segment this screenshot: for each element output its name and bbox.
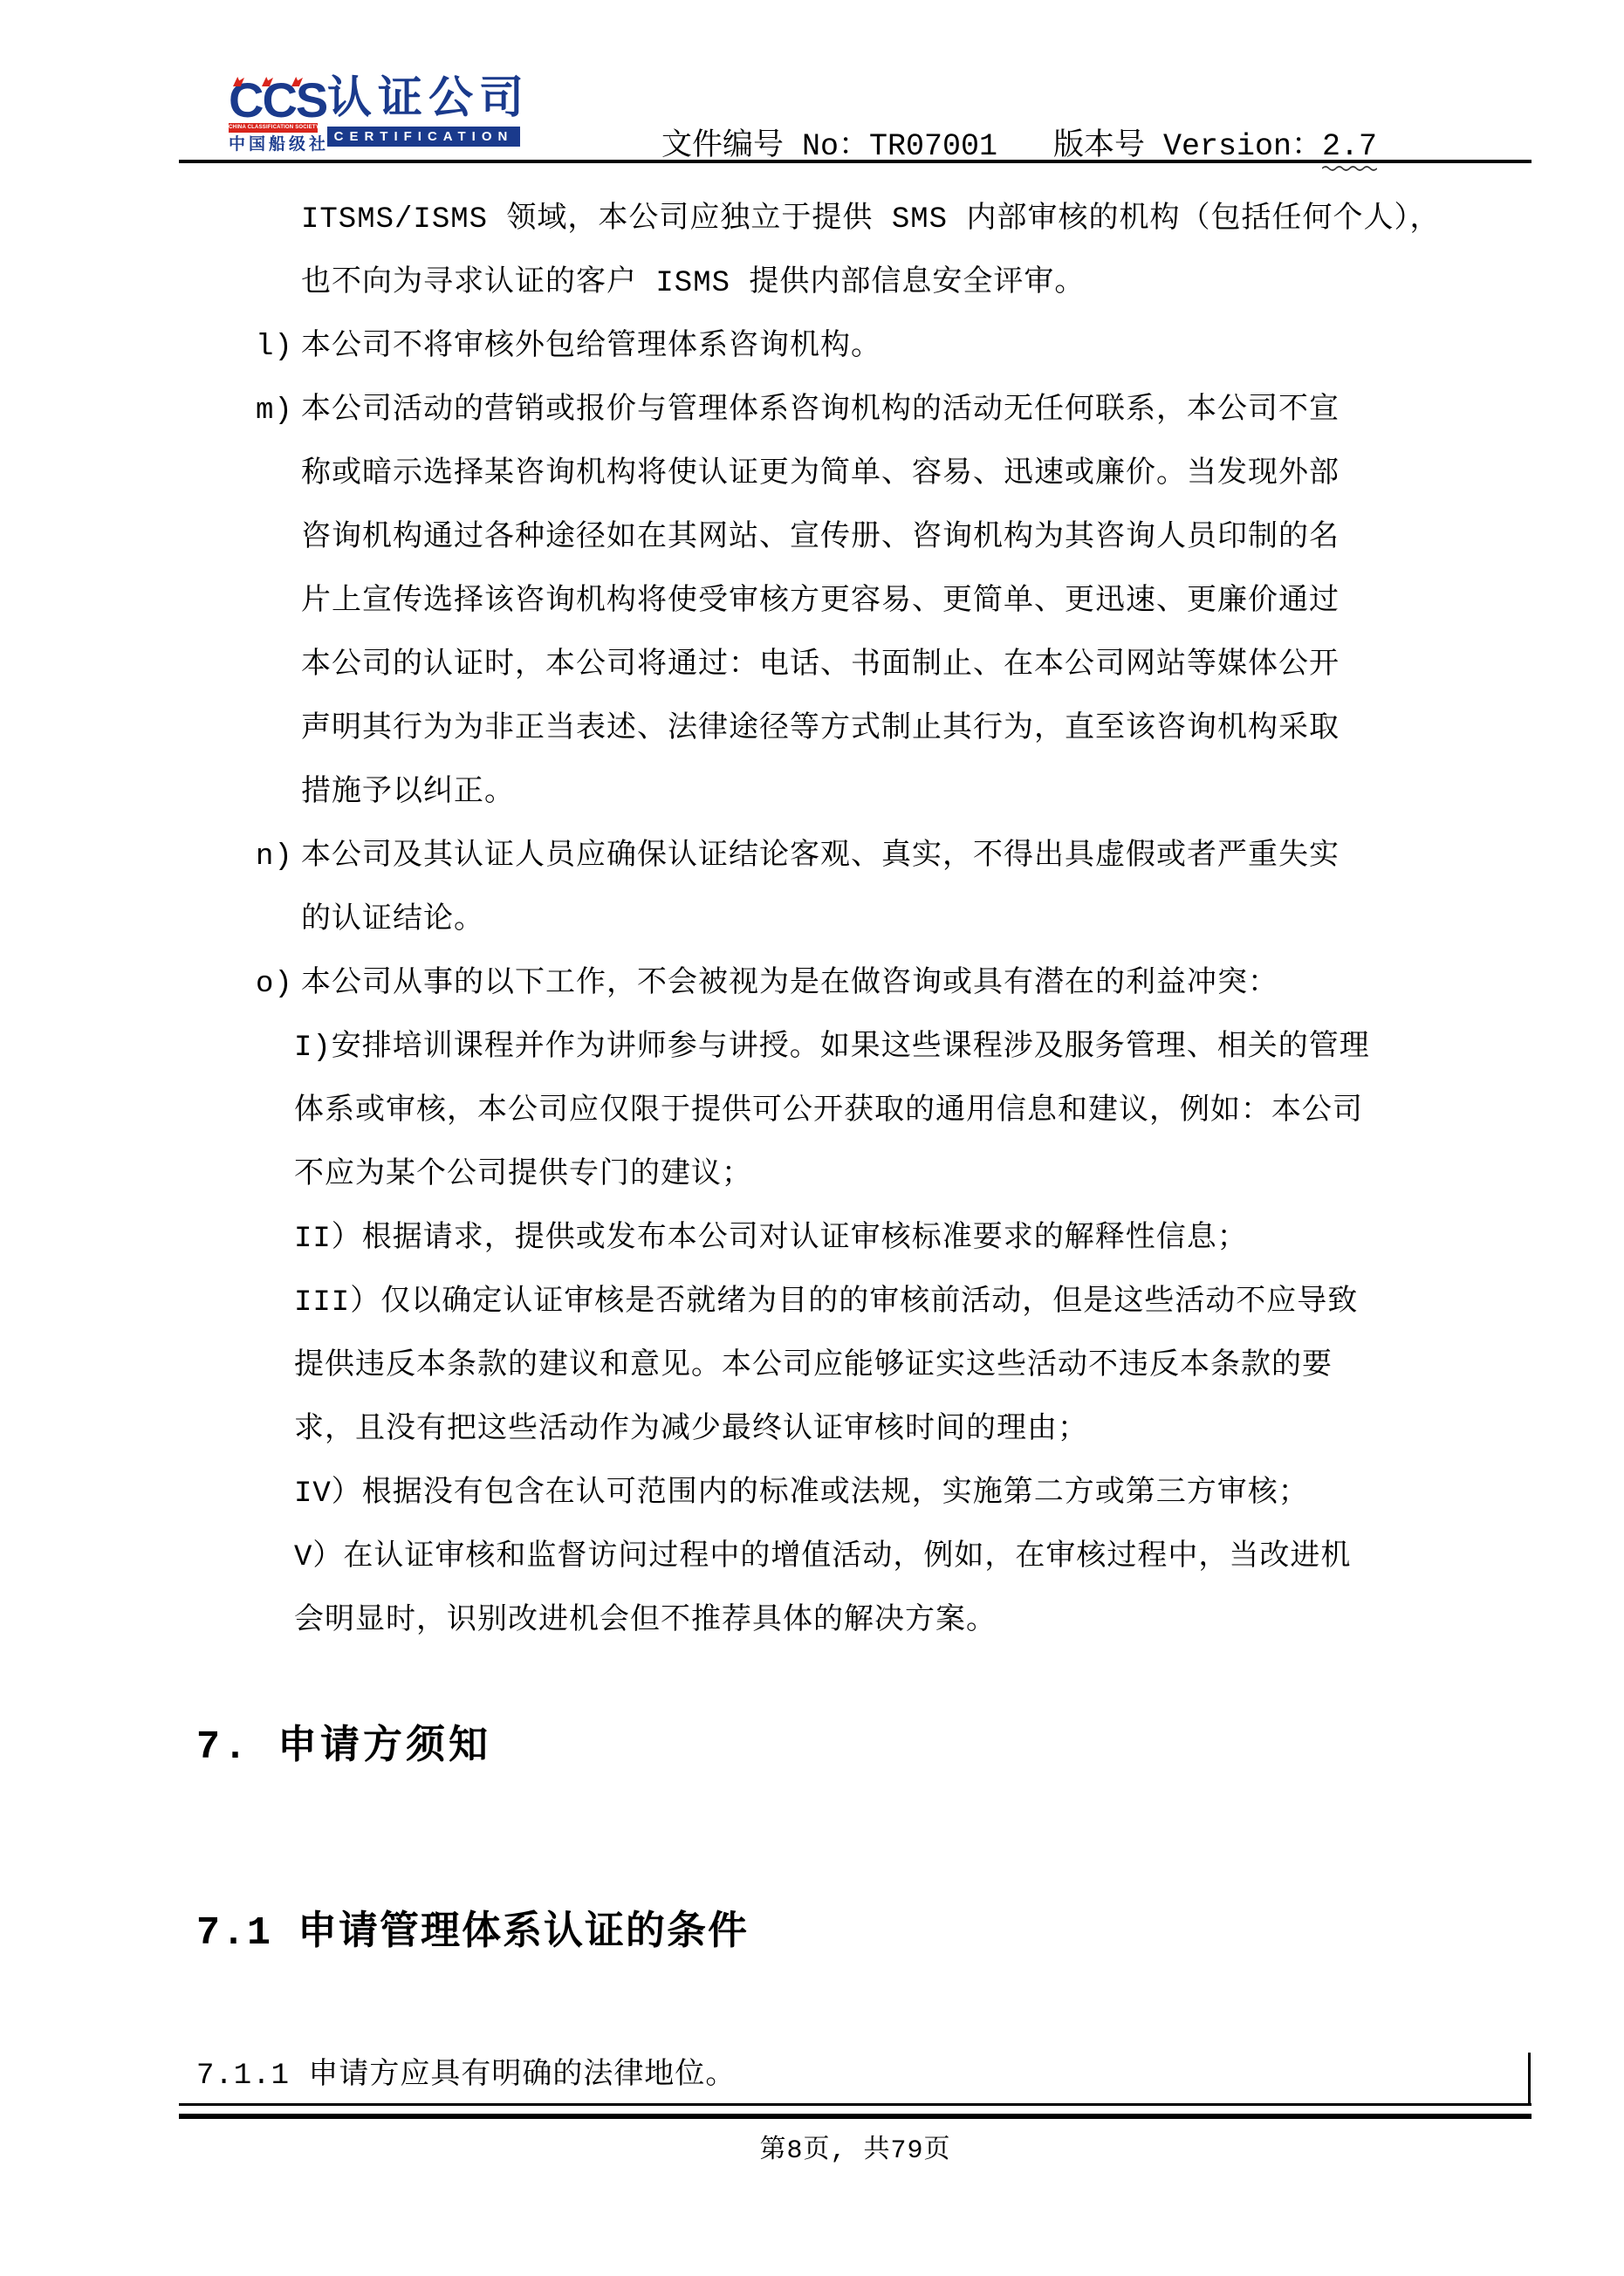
text-line-content: 不应为某个公司提供专门的建议； [294,1159,752,1192]
text-line-content: 也不向为寻求认证的客户 ISMS 提供内部信息安全评审。 [301,267,1085,300]
text-line: 咨询机构通过各种途径如在其网站、宣传册、咨询机构为其咨询人员印制的名 [0,507,1624,571]
doc-number-field: 文件编号 No：TR07001 [661,120,997,164]
logo-society-cn: 中国船级社 [229,134,318,155]
text-line-content: I)安排培训课程并作为讲师参与讲授。如果这些课程涉及服务管理、相关的管理 [294,1032,1370,1065]
text-line-content: 提供违反本条款的建议和意见。本公司应能够证实这些活动不违反本条款的要 [294,1350,1333,1383]
text-line: 不应为某个公司提供专门的建议； [0,1144,1624,1208]
text-line: 措施予以纠正。 [0,762,1624,826]
document-page: CCS CHINA CLASSIFICATION SOCIETY 中国船级社 认… [0,0,1624,2276]
logo-society-en: CHINA CLASSIFICATION SOCIETY [229,123,318,133]
text-line: 本公司的认证时，本公司将通过：电话、书面制止、在本公司网站等媒体公开 [0,634,1624,698]
logo-certification-band: CERTIFICATION [327,127,520,147]
list-item-line: m)本公司活动的营销或报价与管理体系咨询机构的活动无任何联系，本公司不宣 [0,380,1624,443]
text-line-content: 措施予以纠正。 [301,777,515,810]
text-line: 声明其行为为非正当表述、法律途径等方式制止其行为，直至该咨询机构采取 [0,698,1624,762]
text-line-content: 本公司从事的以下工作，不会被视为是在做咨询或具有潜在的利益冲突： [301,968,1278,1001]
text-line: 求，且没有把这些活动作为减少最终认证审核时间的理由； [0,1399,1624,1463]
doc-number-label: 文件编号 No： [661,129,869,164]
text-line: IV）根据没有包含在认可范围内的标准或法规，实施第二方或第三方审核； [0,1463,1624,1526]
version-value: 2.7 [1322,129,1377,164]
text-line: III）仅以确定认证审核是否就绪为目的的审核前活动，但是这些活动不应导致 [0,1272,1624,1335]
text-line: 片上宣传选择该咨询机构将使受审核方更容易、更简单、更迅速、更廉价通过 [0,571,1624,634]
clause-7-1-1: 7.1.1 申请方应具有明确的法律地位。 [196,2049,736,2093]
text-line: 的认证结论。 [0,889,1624,953]
section-heading-7-1: 7.1 申请管理体系认证的条件 [196,1898,749,1956]
list-item-line: o)本公司从事的以下工作，不会被视为是在做咨询或具有潜在的利益冲突： [0,953,1624,1017]
list-item-line: l)本公司不将审核外包给管理体系咨询机构。 [0,316,1624,380]
text-line-content: V）在认证审核和监督访问过程中的增值活动，例如，在审核过程中，当改进机 [294,1541,1351,1574]
logo-brand-cn: 认证公司 [327,80,525,123]
text-line-content: 片上宣传选择该咨询机构将使受审核方更容易、更简单、更迅速、更廉价通过 [301,586,1340,619]
text-line-content: 本公司及其认证人员应确保认证结论客观、真实，不得出具虚假或者严重失实 [301,840,1340,874]
footer-divider-thick [179,2114,1531,2119]
text-line-content: 咨询机构通过各种途径如在其网站、宣传册、咨询机构为其咨询人员印制的名 [301,522,1340,555]
logo-right-block: 认证公司 CERTIFICATION [327,80,525,147]
text-line-content: 称或暗示选择某咨询机构将使认证更为简单、容易、迅速或廉价。当发现外部 [301,458,1340,491]
logo-ccs-text: CCS [229,80,318,120]
text-line: 称或暗示选择某咨询机构将使认证更为简单、容易、迅速或廉价。当发现外部 [0,443,1624,507]
text-line: II）根据请求，提供或发布本公司对认证审核标准要求的解释性信息； [0,1208,1624,1272]
list-item-line: n)本公司及其认证人员应确保认证结论客观、真实，不得出具虚假或者严重失实 [0,826,1624,889]
version-field: 版本号 Version：2.7 [1053,120,1377,164]
ccs-logo: CCS CHINA CLASSIFICATION SOCIETY 中国船级社 认… [229,80,525,161]
text-line-content: 求，且没有把这些活动作为减少最终认证审核时间的理由； [294,1414,1088,1447]
text-line-content: II）根据请求，提供或发布本公司对认证审核标准要求的解释性信息； [294,1223,1248,1256]
right-margin-tick [1528,2053,1531,2105]
text-line-content: 的认证结论。 [301,904,484,937]
wavy-underline [1322,165,1377,172]
text-line: 会明显时，识别改进机会但不推荐具体的解决方案。 [0,1590,1624,1654]
list-item-label: l) [256,316,293,380]
text-line-content: 本公司活动的营销或报价与管理体系咨询机构的活动无任何联系，本公司不宣 [301,394,1340,428]
text-line-content: 本公司的认证时，本公司将通过：电话、书面制止、在本公司网站等媒体公开 [301,649,1340,682]
body-text: ITSMS/ISMS 领域，本公司应独立于提供 SMS 内部审核的机构（包括任何… [0,189,1624,1654]
text-line-content: IV）根据没有包含在认可范围内的标准或法规，实施第二方或第三方审核； [294,1477,1309,1511]
footer-divider-thin [179,2103,1531,2106]
text-line: 提供违反本条款的建议和意见。本公司应能够证实这些活动不违反本条款的要 [0,1335,1624,1399]
text-line-content: 会明显时，识别改进机会但不推荐具体的解决方案。 [294,1605,997,1638]
text-line: 体系或审核，本公司应仅限于提供可公开获取的通用信息和建议，例如：本公司 [0,1080,1624,1144]
text-line: I)安排培训课程并作为讲师参与讲授。如果这些课程涉及服务管理、相关的管理 [0,1017,1624,1080]
text-line-content: 本公司不将审核外包给管理体系咨询机构。 [301,331,881,364]
text-line: V）在认证审核和监督访问过程中的增值活动，例如，在审核过程中，当改进机 [0,1526,1624,1590]
page-number: 第8页, 共79页 [179,2127,1531,2166]
list-item-label: n) [256,826,293,889]
text-line-content: 体系或审核，本公司应仅限于提供可公开获取的通用信息和建议，例如：本公司 [294,1095,1363,1128]
text-line: 也不向为寻求认证的客户 ISMS 提供内部信息安全评审。 [0,252,1624,316]
version-label: 版本号 Version： [1053,129,1322,164]
section-heading-7: 7. 申请方须知 [196,1712,491,1770]
list-item-label: o) [256,953,293,1017]
list-item-label: m) [256,380,293,443]
logo-left-block: CCS CHINA CLASSIFICATION SOCIETY 中国船级社 [229,80,318,161]
text-line-content: III）仅以确定认证审核是否就绪为目的的审核前活动，但是这些活动不应导致 [294,1286,1358,1320]
text-line-content: 声明其行为为非正当表述、法律途径等方式制止其行为，直至该咨询机构采取 [301,713,1340,746]
text-line: ITSMS/ISMS 领域，本公司应独立于提供 SMS 内部审核的机构（包括任何… [0,189,1624,252]
text-line-content: ITSMS/ISMS 领域，本公司应独立于提供 SMS 内部审核的机构（包括任何… [301,203,1440,237]
header-divider [179,160,1531,163]
doc-number-value: TR07001 [869,129,997,164]
